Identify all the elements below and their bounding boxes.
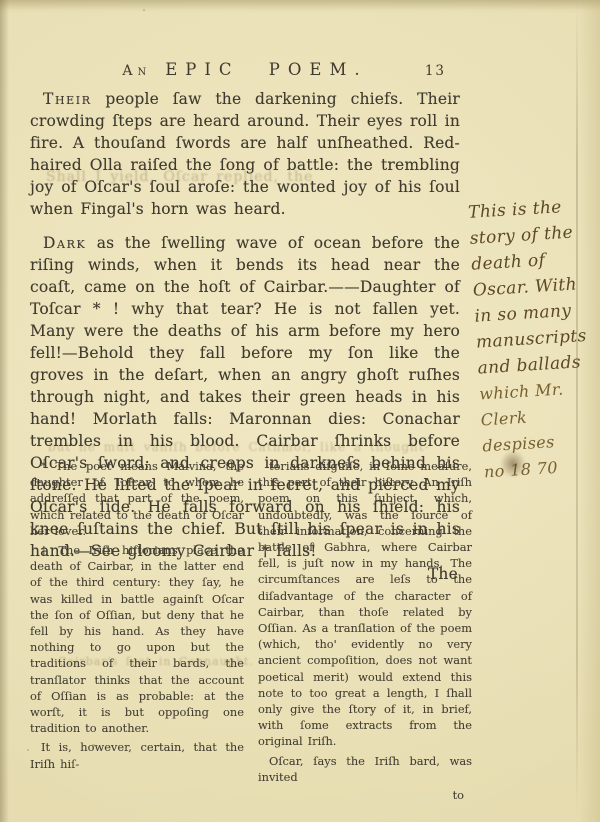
page-number: 13	[425, 63, 446, 79]
footnote-paragraph: Oſcar, ſays the Iriſh bard, was invited	[258, 753, 472, 785]
paper-speck	[143, 9, 145, 11]
page-gutter-shadow	[0, 0, 9, 822]
catchword: to	[258, 787, 472, 803]
footnote-column-right: torians diſguiſe, in ſome meaſure, this …	[258, 458, 472, 803]
scanned-book-page: Shall I yield, Oſcar replied, the but he…	[0, 0, 600, 822]
page-title: AnEPIC POEM.	[30, 60, 460, 79]
running-head: AnEPIC POEM. 13	[30, 60, 460, 86]
paragraph-lead-word: Their	[43, 90, 92, 108]
title-text: EPIC POEM.	[165, 60, 367, 79]
paragraph-text: people ſaw the darkening chiefs. Their c…	[30, 90, 460, 218]
footnote-column-left: * The poet means Malvina, the daughter o…	[30, 458, 244, 803]
page-top-shadow	[0, 0, 600, 10]
footnote-paragraph: * The poet means Malvina, the daughter o…	[30, 458, 244, 539]
ink-blot	[500, 450, 526, 478]
footnotes: * The poet means Malvina, the daughter o…	[30, 458, 472, 803]
footnote-paragraph: torians diſguiſe, in ſome meaſure, this …	[258, 458, 472, 750]
footnote-paragraph: It is, however, certain, that the Iriſh …	[30, 739, 244, 771]
paragraph-lead-word: Dark	[43, 234, 86, 252]
title-article: An	[122, 63, 151, 79]
footnote-paragraph: † The Iriſh hiſtorians place the death o…	[30, 542, 244, 736]
paper-speck	[27, 749, 29, 751]
handwritten-marginalia: This is the story of the death of Oscar.…	[467, 193, 600, 486]
paragraph: Their people ſaw the darkening chiefs. T…	[30, 88, 460, 220]
